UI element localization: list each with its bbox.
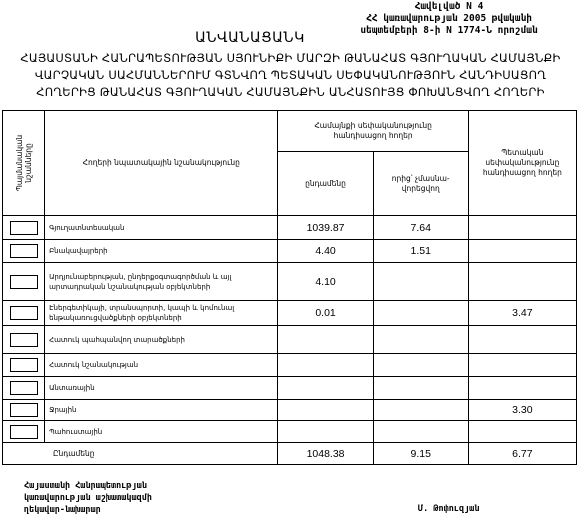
header-state-text: Պետական սեփականությունը հանդիսացող հողեր (469, 148, 576, 178)
subtitle-line-3: ՀՈՂԵՐԻՑ ԹԱՆԱՀԱՏ ԳՅՈՒՂԱԿԱՆ ՀԱՄԱՅՆՔԻՆ ԱՆՀԱ… (0, 84, 581, 101)
row-community-unprivatized (373, 377, 468, 400)
annex-line-3: սեպտեմբերի 8-ի N 1774-Ն որոշման (329, 25, 569, 37)
row-purpose: Հատուկ պահպանվող տարածքների (45, 326, 278, 354)
row-community-total (278, 326, 373, 354)
header-state: Պետական սեփականությունը հանդիսացող հողեր (468, 111, 576, 216)
header-purpose: Հողերի նպատակային նշանակությունը (45, 111, 278, 216)
row-purpose: Բնակավայրերի (45, 240, 278, 263)
legend-swatch-icon (10, 425, 38, 439)
land-table: Պայմանական նշանները Հողերի նպատակային նշ… (2, 110, 577, 465)
row-purpose: Էներգետիկայի, տրանսպորտի, կապի և կոմունա… (45, 301, 278, 326)
row-state (468, 240, 576, 263)
row-community-unprivatized (373, 400, 468, 421)
header-community-unprivatized: որից՝ չմասնա-վորեցվող (373, 152, 468, 216)
row-purpose: Հատուկ նշանակության (45, 354, 278, 377)
legend-cell (3, 263, 45, 301)
total-row-state: 6.77 (468, 443, 576, 465)
row-community-total: 4.10 (278, 263, 373, 301)
legend-swatch-icon (10, 221, 38, 235)
table-row: Բնակավայրերի4.401.51 (3, 240, 577, 263)
row-purpose: Պահուստային (45, 421, 278, 443)
row-state (468, 421, 576, 443)
header-legend: Պայմանական նշանները (3, 111, 45, 216)
total-row-label: Ընդամենը (3, 443, 278, 465)
legend-swatch-icon (10, 381, 38, 395)
row-community-total: 4.40 (278, 240, 373, 263)
signatory-line-3: ղեկավար-նախարար (24, 504, 152, 516)
table-row: Անտառային (3, 377, 577, 400)
table-row: Ջրային3.30 (3, 400, 577, 421)
header-community-total: ընդամենը (278, 152, 373, 216)
legend-cell (3, 354, 45, 377)
legend-swatch-icon (10, 275, 38, 289)
header-community-unprivatized-text: որից՝ չմասնա-վորեցվող (374, 174, 468, 194)
row-state (468, 326, 576, 354)
total-row-unprivatized: 9.15 (373, 443, 468, 465)
row-community-unprivatized: 7.64 (373, 216, 468, 240)
legend-swatch-icon (10, 333, 38, 347)
row-state (468, 354, 576, 377)
signatory-line-2: կառավարության աշխատակազմի (24, 492, 152, 504)
table-row: Պահուստային (3, 421, 577, 443)
legend-swatch-icon (10, 306, 38, 320)
row-state: 3.30 (468, 400, 576, 421)
row-state: 3.47 (468, 301, 576, 326)
legend-swatch-icon (10, 403, 38, 417)
header-community-group: Համայնքի սեփականությունը հանդիսացող հողե… (278, 111, 468, 152)
row-state (468, 263, 576, 301)
annex-reference: Հավելված N 4 ՀՀ կառավարության 2005 թվակա… (329, 1, 569, 37)
row-purpose: Արդյունաբերության, ընդերքօգտագործման և ա… (45, 263, 278, 301)
row-purpose: Գյուղատնտեսական (45, 216, 278, 240)
row-community-total (278, 421, 373, 443)
row-community-total (278, 354, 373, 377)
table-row: Հատուկ նշանակության (3, 354, 577, 377)
legend-cell (3, 216, 45, 240)
document-title: ԱՆՎԱՆԱՑԱՆԿ (180, 30, 320, 46)
row-community-unprivatized (373, 326, 468, 354)
row-community-unprivatized (373, 354, 468, 377)
row-community-total: 0.01 (278, 301, 373, 326)
legend-cell (3, 400, 45, 421)
table-row: Արդյունաբերության, ընդերքօգտագործման և ա… (3, 263, 577, 301)
legend-cell (3, 377, 45, 400)
total-row: Ընդամենը 1048.38 9.15 6.77 (3, 443, 577, 465)
row-community-unprivatized (373, 263, 468, 301)
legend-cell (3, 301, 45, 326)
legend-cell (3, 326, 45, 354)
row-community-total: 1039.87 (278, 216, 373, 240)
signatory-title: Հայաստանի Հանրապետության կառավարության ա… (24, 480, 152, 516)
table-row: Էներգետիկայի, տրանսպորտի, կապի և կոմունա… (3, 301, 577, 326)
annex-line-1: Հավելված N 4 (329, 1, 569, 13)
signatory-name: Մ. Թոփուզյան (418, 504, 479, 514)
legend-cell (3, 421, 45, 443)
legend-cell (3, 240, 45, 263)
legend-swatch-icon (10, 244, 38, 258)
document-subtitle: ՀԱՅԱՍՏԱՆԻ ՀԱՆՐԱՊԵՏՈՒԹՅԱՆ ՍՅՈՒՆԻՔԻ ՄԱՐԶԻ … (0, 50, 581, 101)
table-row: Գյուղատնտեսական1039.877.64 (3, 216, 577, 240)
row-purpose: Ջրային (45, 400, 278, 421)
legend-swatch-icon (10, 358, 38, 372)
row-community-unprivatized: 1.51 (373, 240, 468, 263)
row-community-total (278, 400, 373, 421)
row-community-unprivatized (373, 301, 468, 326)
header-community-group-text: Համայնքի սեփականությունը հանդիսացող հողե… (278, 121, 467, 141)
row-community-unprivatized (373, 421, 468, 443)
total-row-total: 1048.38 (278, 443, 373, 465)
row-purpose: Անտառային (45, 377, 278, 400)
annex-line-2: ՀՀ կառավարության 2005 թվականի (329, 13, 569, 25)
header-legend-text: Պայմանական նշանները (15, 123, 33, 203)
row-state (468, 216, 576, 240)
table-row: Հատուկ պահպանվող տարածքների (3, 326, 577, 354)
subtitle-line-2: ՎԱՐՉԱԿԱՆ ՍԱՀՄԱՆՆԵՐՈՒՄ ԳՏՆՎՈՂ ՊԵՏԱԿԱՆ ՍԵՓ… (0, 67, 581, 84)
row-community-total (278, 377, 373, 400)
subtitle-line-1: ՀԱՅԱՍՏԱՆԻ ՀԱՆՐԱՊԵՏՈՒԹՅԱՆ ՍՅՈՒՆԻՔԻ ՄԱՐԶԻ … (0, 50, 581, 67)
signatory-line-1: Հայաստանի Հանրապետության (24, 480, 152, 492)
row-state (468, 377, 576, 400)
